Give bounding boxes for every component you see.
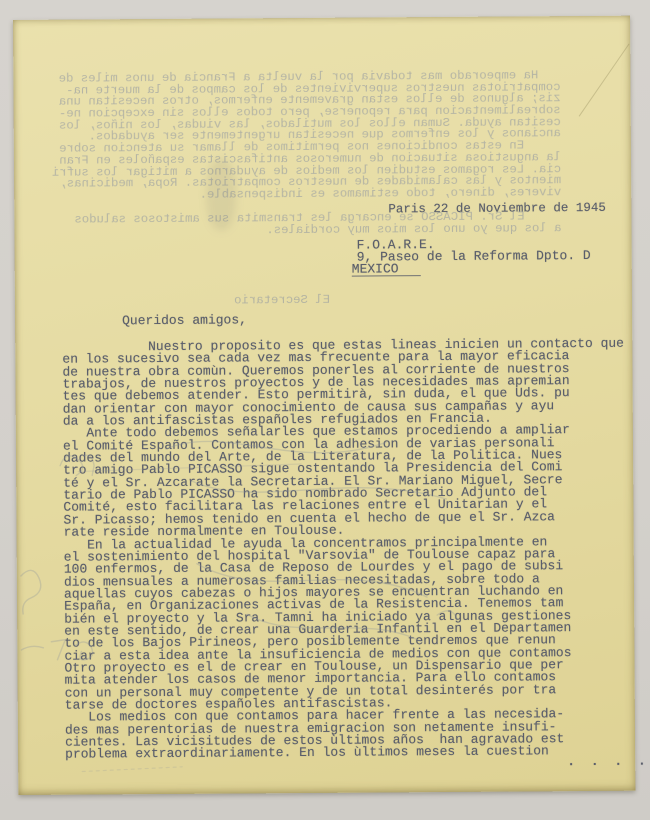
letter-body: Nuestro proposito es que estas lineas in… xyxy=(62,338,620,762)
closing-ellipsis: . . . . xyxy=(567,756,650,769)
recipient-block: F.O.A.R.E. 9, Paseo de la Reforma Dpto. … xyxy=(13,16,630,20)
handwritten-annotation xyxy=(21,646,43,650)
typed-line: problema extraordinariamente. En los ùlt… xyxy=(65,745,620,761)
smudge-mark xyxy=(206,158,237,230)
recipient-city-text: MEXICO xyxy=(352,263,421,277)
crease-mark xyxy=(579,44,630,117)
scan-background: { "document": { "kind": "typewritten let… xyxy=(0,0,650,820)
date-line: Paris 22 de Noviembre de 1945 xyxy=(388,202,606,216)
salutation: Queridos amigos, xyxy=(122,314,247,327)
recipient-city: MEXICO xyxy=(352,263,421,277)
letter-paper: Ha empeorado mas todavia por la vuelta a… xyxy=(13,16,635,795)
bleedthrough-signature: El Secretario xyxy=(230,295,330,307)
bleedthrough-paragraph: Ha empeorado mas todavia por la vuelta a… xyxy=(40,70,561,202)
handwritten-annotation xyxy=(82,767,182,772)
handwritten-annotation xyxy=(21,570,41,614)
handwritten-annotation xyxy=(51,640,65,660)
